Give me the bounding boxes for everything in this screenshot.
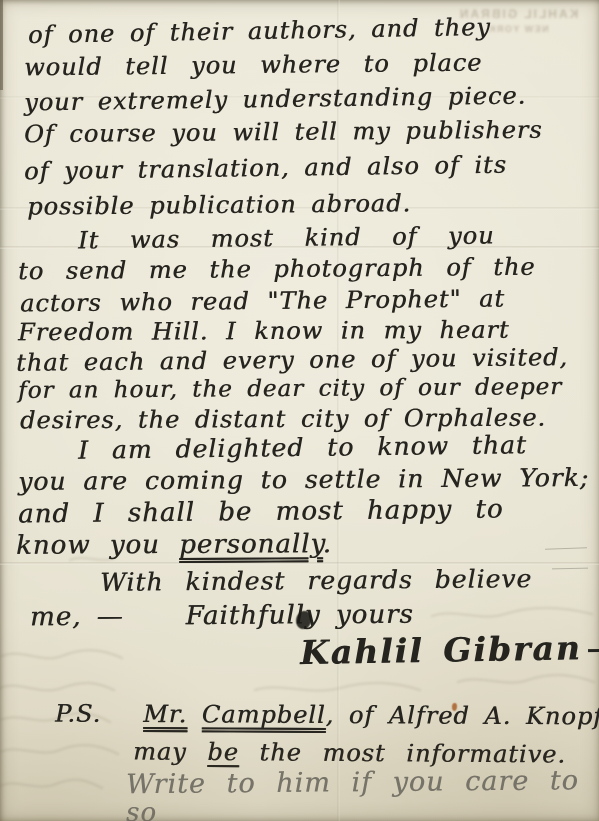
postscript-line: may be the most informative. xyxy=(133,738,566,767)
paper-edge-shadow xyxy=(0,0,3,90)
letter-line-text: to send me the photograph of the xyxy=(18,253,536,286)
letter-line: Of course you will tell my publishers xyxy=(24,117,543,148)
letter-line: and I shall be most happy to xyxy=(18,495,504,529)
letter-line-text: your extremely understanding piece. xyxy=(24,81,526,116)
letter-line: to send me the photograph of the xyxy=(18,254,536,285)
pencil-smudge xyxy=(545,547,587,549)
letter-line-text: actors who read "The Prophet" at xyxy=(20,284,505,317)
letter-line: for an hour, the dear city of our deeper xyxy=(18,375,562,404)
letter-line-text: I am delighted to know that xyxy=(78,430,527,464)
letter-line-text: With kindest regards believe xyxy=(100,564,532,597)
postscript-text: so xyxy=(126,798,157,821)
postscript-pencil-line: Write to him if you care to do xyxy=(126,766,599,800)
letter-line: know you personally. xyxy=(16,530,332,560)
letter-line-text: would tell you where to place xyxy=(24,49,483,82)
letter-line-text: It was most kind of you xyxy=(78,221,495,254)
letter-line: It was most kind of you xyxy=(78,222,495,253)
postscript-label: P.S. xyxy=(55,700,101,728)
letter-line-text: that each and every one of you visited, xyxy=(16,343,568,377)
letter-line-text: Of course you will tell my publishers xyxy=(24,116,543,149)
letter-line-text: possible publication abroad. xyxy=(27,189,411,220)
postscript-text: may xyxy=(133,737,207,766)
letter-line: desires, the distant city of Orphalese. xyxy=(20,405,546,434)
letter-line-text: desires, the distant city of Orphalese. xyxy=(20,404,546,435)
letter-line: your extremely understanding piece. xyxy=(24,82,526,115)
letter-line-text: for an hour, the dear city of our deeper xyxy=(18,374,562,404)
underlined-word-personally: personally xyxy=(179,529,323,560)
postscript-line: P.S.Mr. Campbell, of Alfred A. Knopf xyxy=(55,701,599,730)
letter-line: actors who read "The Prophet" at xyxy=(20,285,505,316)
letter-line-text: of your translation, and also of its xyxy=(24,151,507,186)
ink-blot xyxy=(296,611,311,629)
valediction-line: me, —Faithfully yours xyxy=(30,601,414,632)
letter-line: you are coming to settle in New York; xyxy=(18,464,589,495)
pencil-smudge xyxy=(552,568,588,570)
signature: Kahlil Gibran xyxy=(300,629,599,672)
letter-line: that each and every one of you visited, xyxy=(16,344,568,376)
postscript-text: the most informative. xyxy=(239,738,566,768)
underlined-word-mr: Mr. xyxy=(143,700,187,728)
postscript-text: Write to him if you care to do xyxy=(126,765,599,800)
letter-line-text: me, — xyxy=(30,602,124,633)
letter-line: would tell you where to place xyxy=(24,50,483,81)
postscript-pencil-line: so xyxy=(126,799,157,821)
underlined-word-be: be xyxy=(207,738,239,766)
letter-line-text: you are coming to settle in New York; xyxy=(18,463,589,496)
letter-line-text: Freedom Hill. I know in my heart xyxy=(18,316,510,347)
signature-flourish-line xyxy=(588,648,599,652)
letter-line: of your translation, and also of its xyxy=(24,152,507,185)
letter-line-text: and I shall be most happy to xyxy=(18,494,504,529)
letter-line-text: know you xyxy=(16,530,179,561)
letter-line: Freedom Hill. I know in my heart xyxy=(18,317,510,346)
letter-line-text: . xyxy=(323,529,332,559)
postscript-text: , of Alfred A. Knopf xyxy=(325,701,599,730)
valediction-line: With kindest regards believe xyxy=(100,565,532,596)
letter-scan-page: KAHLIL GIBRAN NEW YORK of one of their a… xyxy=(0,0,599,821)
letter-line: possible publication abroad. xyxy=(27,190,411,220)
letter-line-text: of one of their authors, and they xyxy=(28,13,491,49)
underlined-word-campbell: Campbell xyxy=(202,700,326,729)
signature-name: Kahlil Gibran xyxy=(300,628,582,672)
letter-line: I am delighted to know that xyxy=(78,431,527,464)
letter-line: of one of their authors, and they xyxy=(28,14,491,48)
